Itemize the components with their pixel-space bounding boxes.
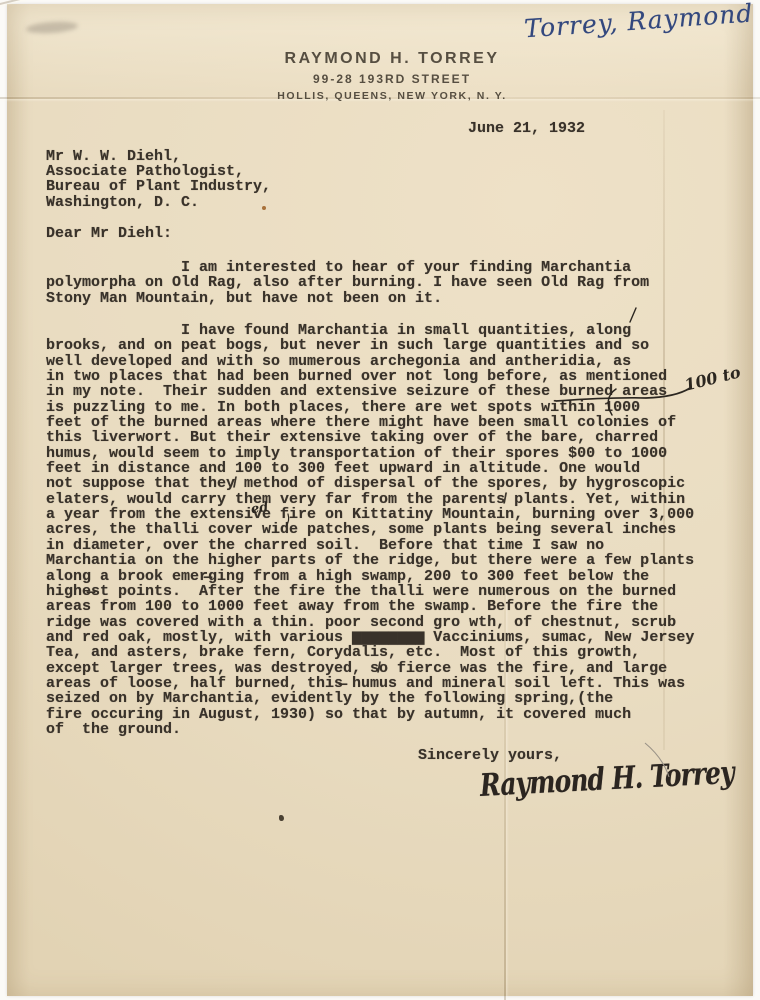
letter-line: Tea, and asters, brake fern, Corydalis, …: [46, 645, 694, 660]
letter-line: fire occuring in August, 1930) so that b…: [46, 707, 694, 722]
letter-line: areas from 100 to 1000 feet away from th…: [46, 599, 694, 614]
letter-line: ridge was covered with a thin. poor seco…: [46, 615, 694, 630]
letter-line: highe̶st points. After the fire the thal…: [46, 584, 694, 599]
address-line: Bureau of Plant Industry,: [46, 179, 271, 194]
letter-line: elaters, would carry them very far from …: [46, 492, 694, 507]
letter-line: in two places that had been burned over …: [46, 369, 694, 384]
recipient-address: Mr W. W. Diehl,Associate Pathologist,Bur…: [46, 149, 271, 210]
letter-line: acres, the thalli cover wide patches, so…: [46, 522, 694, 537]
scanned-letter: RAYMOND H. TORREY 99-28 193RD STREET HOL…: [0, 0, 760, 1000]
paragraph-1: I am interested to hear of your finding …: [46, 260, 649, 306]
letter-line: humus, would seem to imply transportatio…: [46, 446, 694, 461]
paragraph-2: I have found Marchantia in small quantit…: [46, 323, 694, 737]
letter-line: I have found Marchantia in small quantit…: [46, 323, 694, 338]
letter-line: is puzzling to me. In both places, there…: [46, 400, 694, 415]
letter-line: well developed and with so mumerous arch…: [46, 354, 694, 369]
letterhead-name: RAYMOND H. TORREY: [192, 50, 592, 68]
letter-line: in diameter, over the charred soil. Befo…: [46, 538, 694, 553]
address-line: Washington, D. C.: [46, 195, 271, 210]
address-line: Mr W. W. Diehl,: [46, 149, 271, 164]
letter-line: feet of the burned areas where there mig…: [46, 415, 694, 430]
ink-speck: [279, 815, 284, 821]
letterhead-city: HOLLIS, QUEENS, NEW YORK, N. Y.: [192, 90, 592, 102]
letter-line: seized on by Marchantia, evidently by th…: [46, 691, 694, 706]
letter-line: polymorpha on Old Rag, also after burnin…: [46, 275, 649, 290]
date-line: June 21, 1932: [468, 120, 585, 137]
letter-line: along a brook emer̶ging from a high swam…: [46, 569, 694, 584]
letter-line: not suppose that they̸ method of dispers…: [46, 476, 694, 491]
address-line: Associate Pathologist,: [46, 164, 271, 179]
letter-line: a year from the extensive fire on Kittat…: [46, 507, 694, 522]
letter-line: except larger trees, was destroyed, s̸o …: [46, 661, 694, 676]
letter-line: in my note. Their sudden and extensive s…: [46, 384, 694, 399]
letter-line: feet in distance and 100 to 300 feet upw…: [46, 461, 694, 476]
handwritten-insertion-ed: ed: [250, 500, 270, 518]
letter-line: brooks, and on peat bogs, but never in s…: [46, 338, 694, 353]
letter-line: of the ground.: [46, 722, 694, 737]
letter-line: areas of loose, half burned, this̶ humus…: [46, 676, 694, 691]
letter-line: and red oak, mostly, with various ▆▆▆▆▆▆…: [46, 630, 694, 645]
letter-line: this liverwort. But their extensive taki…: [46, 430, 694, 445]
letter-line: Stony Man Mountain, but have not been on…: [46, 291, 649, 306]
letter-line: I am interested to hear of your finding …: [46, 260, 649, 275]
closing-line: Sincerely yours,: [418, 747, 562, 764]
letter-line: Marchantia on the higher parts of the ri…: [46, 553, 694, 568]
salutation: Dear Mr Diehl:: [46, 225, 172, 242]
letterhead-street: 99-28 193RD STREET: [192, 72, 592, 86]
